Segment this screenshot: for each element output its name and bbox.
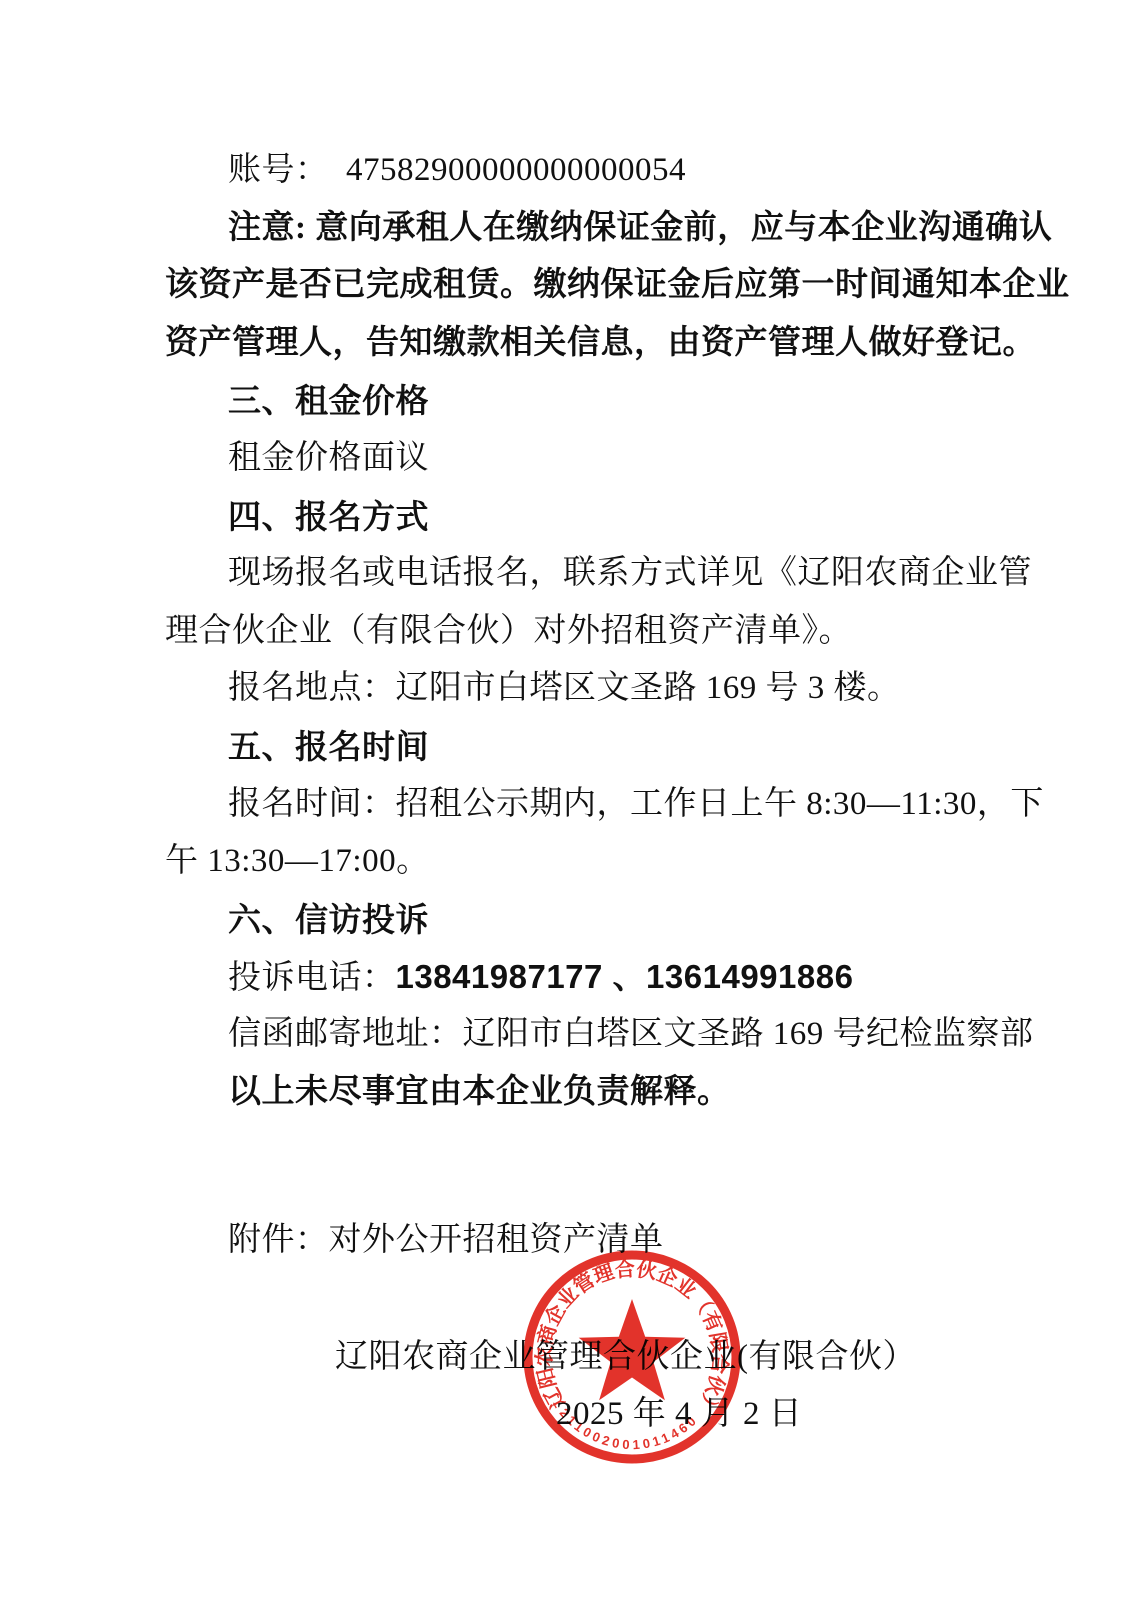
complaint-phone-line: 投诉电话：13841987177 、13614991886	[165, 948, 965, 1006]
heading-registration-method: 四、报名方式	[165, 488, 965, 546]
notice-paragraph-line-3: 资产管理人，告知缴款相关信息，由资产管理人做好登记。	[165, 315, 965, 373]
registration-address-line: 报名地点：辽阳市白塔区文圣路 169 号 3 楼。	[165, 660, 965, 718]
blank-space	[165, 1121, 965, 1212]
account-number-line: 账号： 47582900000000000054	[165, 142, 965, 200]
registration-time-line-1: 报名时间：招租公示期内，工作日上午 8:30—11:30，下	[165, 776, 965, 834]
company-signature-line: 辽阳农商企业管理合伙企业(有限合伙）	[165, 1329, 965, 1387]
date-line: 2025 年 4 月 2 日	[165, 1386, 965, 1444]
registration-method-line-1: 现场报名或电话报名，联系方式详见《辽阳农商企业管	[165, 545, 965, 603]
registration-time-line-2: 午 13:30—17:00。	[165, 833, 965, 891]
notice-paragraph-line-2: 该资产是否已完成租赁。缴纳保证金后应第一时间通知本企业	[165, 257, 965, 315]
complaint-phone-numbers: 13841987177 、13614991886	[396, 958, 854, 995]
closing-statement-line: 以上未尽事宜由本企业负责解释。	[165, 1064, 965, 1122]
registration-method-line-2: 理合伙企业（有限合伙）对外招租资产清单》。	[165, 603, 965, 661]
heading-registration-time: 五、报名时间	[165, 718, 965, 776]
notice-paragraph-line-1: 注意: 意向承租人在缴纳保证金前，应与本企业沟通确认	[165, 200, 965, 258]
document-page: 账号： 47582900000000000054 注意: 意向承租人在缴纳保证金…	[0, 0, 1131, 1600]
rent-price-line: 租金价格面议	[165, 430, 965, 488]
document-body: 账号： 47582900000000000054 注意: 意向承租人在缴纳保证金…	[165, 142, 965, 1444]
complaint-phone-label: 投诉电话：	[228, 960, 396, 996]
heading-rent-price: 三、租金价格	[165, 372, 965, 430]
signature-block: 辽阳农商企业管理合伙企业(有限合伙） 2025 年 4 月 2 日	[165, 1329, 965, 1444]
heading-complaints: 六、信访投诉	[165, 891, 965, 949]
attachment-line: 附件：对外公开招租资产清单	[165, 1212, 965, 1270]
mail-address-line: 信函邮寄地址：辽阳市白塔区文圣路 169 号纪检监察部	[165, 1006, 965, 1064]
